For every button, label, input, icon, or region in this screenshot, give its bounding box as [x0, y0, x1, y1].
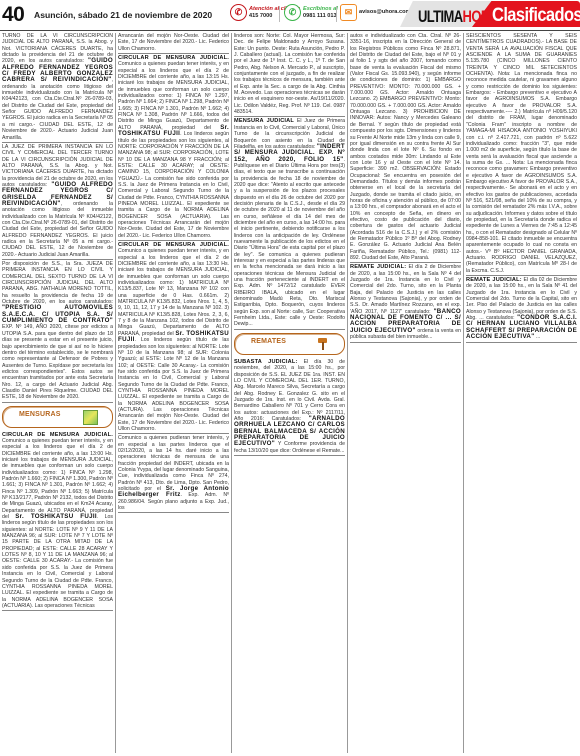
gavel-icon: [317, 337, 330, 350]
notice: MENSURA JUDICIAL El Juez de Primera Inst…: [234, 118, 345, 329]
phone-icon: ✆: [230, 4, 247, 21]
map-icon: [83, 410, 98, 425]
section-tab-remates: REMATES: [234, 333, 345, 355]
notice: Comunico a quienes pudieran tener interé…: [118, 435, 229, 513]
notice: Por disposición de S.S., la Sra. JUEZA D…: [2, 261, 113, 403]
notice: linderos son: Norte: Col. Mayor Hermosa,…: [234, 33, 345, 117]
column-1: TURNO DE LA VI CIRCUNSCRIPCIÓN JUDICIAL …: [2, 33, 113, 753]
brand-band: ULTIMAHORA Clasificados: [400, 1, 580, 27]
column-5: SEISCIENTOS SESENTA Y SEIS CENTÍMETROS C…: [466, 33, 577, 753]
header-rule: [0, 30, 580, 31]
dateline: Asunción, sábado 21 de noviembre de 2020: [34, 10, 212, 20]
notice: LA JUEZ DE PRIMERA INSTANCIA EN LO CIVIL…: [2, 144, 113, 260]
section-title: Clasificados: [492, 4, 580, 27]
section-tab-mensuras: MENSURAS: [2, 406, 113, 428]
notice: REMATE JUDICIAL: El día 02 de Diciembre …: [466, 277, 577, 342]
notice: SUBASTA JUDICIAL: El día 30 de noviembre…: [234, 359, 345, 456]
column-3: linderos son: Norte: Col. Mayor Hermosa,…: [234, 33, 345, 753]
email-icon: ✉: [340, 4, 357, 21]
notice: CIRCULAR DE MENSURA JUDICIAL. Comunico a…: [2, 432, 113, 612]
column-2: Arrancarán del mojón Nor-Oeste. Ciudad d…: [118, 33, 229, 753]
notice: REMATE JUDICIAL: El día 2 de Diciembre d…: [350, 264, 461, 342]
notice: SEISCIENTOS SESENTA Y SEIS CENTÍMETROS C…: [466, 33, 577, 276]
page-header: 40 Asunción, sábado 21 de noviembre de 2…: [0, 0, 580, 30]
notice: autos e individualizado con Cta. Ctral. …: [350, 33, 461, 263]
page-number: 40: [2, 3, 24, 27]
notice: CIRCULAR DE MENSURA JUDICIAL. Comunico a…: [118, 242, 229, 434]
contact-whatsapp: ✆ Escribinos al0981 111 013: [284, 4, 338, 21]
notice: TURNO DE LA VI CIRCUNSCRIPCIÓN JUDICIAL …: [2, 33, 113, 143]
notice: CIRCULAR DE MENSURA JUDICIAL. Comunico a…: [118, 55, 229, 241]
notice: Arrancarán del mojón Nor-Oeste. Ciudad d…: [118, 33, 229, 54]
whatsapp-icon: ✆: [284, 4, 301, 21]
column-4: autos e individualizado con Cta. Ctral. …: [350, 33, 461, 753]
